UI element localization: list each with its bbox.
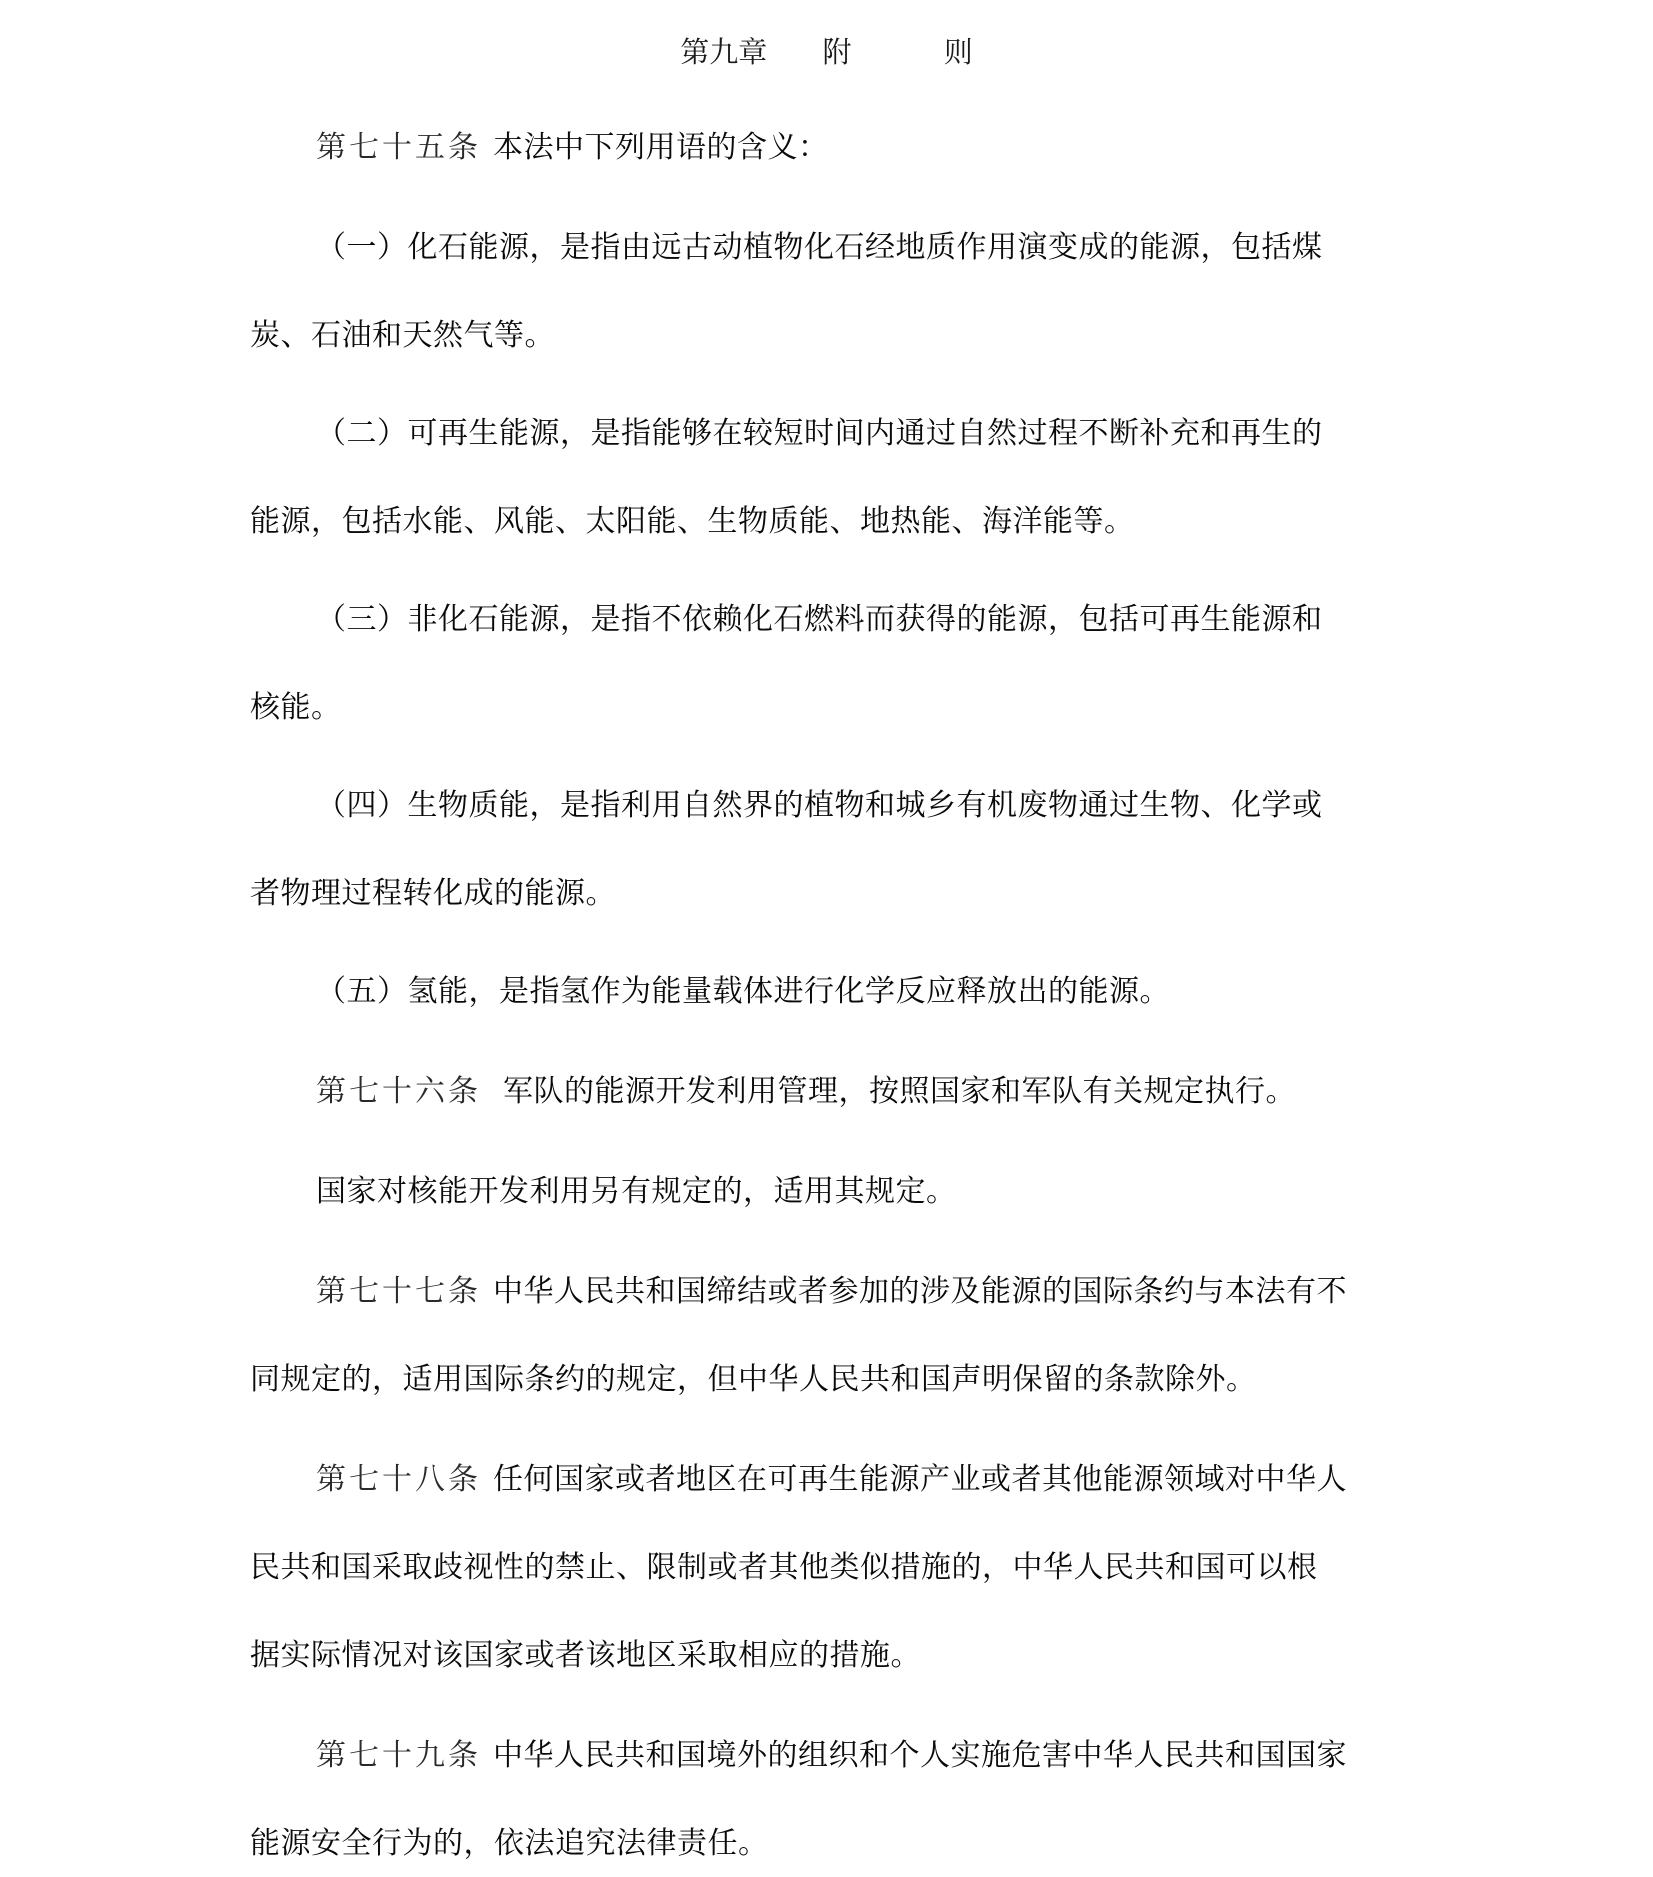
definition-item-1-line-1: （一）化石能源，是指由远古动植物化石经地质作用演变成的能源，包括煤 <box>316 222 1323 266</box>
article-text: 军队的能源开发利用管理，按照国家和军队有关规定执行。 <box>493 1074 1296 1109</box>
article-text: 任何国家或者地区在可再生能源产业或者其他能源领域对中华人 <box>493 1462 1347 1497</box>
article-78-line-1: 第七十八条任何国家或者地区在可再生能源产业或者其他能源领域对中华人 <box>316 1454 1347 1498</box>
definition-item-2-line-2: 能源，包括水能、风能、太阳能、生物质能、地热能、海洋能等。 <box>250 496 1135 540</box>
article-number: 第七十九条 <box>316 1738 481 1773</box>
definition-item-4-line-1: （四）生物质能，是指利用自然界的植物和城乡有机废物通过生物、化学或 <box>316 780 1323 824</box>
definition-item-4-line-2: 者物理过程转化成的能源。 <box>250 868 616 912</box>
article-78-line-2: 民共和国采取歧视性的禁止、限制或者其他类似措施的，中华人民共和国可以根 <box>250 1542 1318 1586</box>
definition-item-2-line-1: （二）可再生能源，是指能够在较短时间内通过自然过程不断补充和再生的 <box>316 408 1323 452</box>
definition-item-5-line-1: （五）氢能，是指氢作为能量载体进行化学反应释放出的能源。 <box>316 966 1170 1010</box>
article-79-line-2: 能源安全行为的，依法追究法律责任。 <box>250 1818 769 1862</box>
article-number: 第七十八条 <box>316 1462 481 1497</box>
article-77-line-2: 同规定的，适用国际条约的规定，但中华人民共和国声明保留的条款除外。 <box>250 1354 1257 1398</box>
definition-item-3-line-1: （三）非化石能源，是指不依赖化石燃料而获得的能源，包括可再生能源和 <box>316 594 1323 638</box>
article-text: 中华人民共和国境外的组织和个人实施危害中华人民共和国国家 <box>493 1738 1347 1773</box>
definition-item-1-line-2: 炭、石油和天然气等。 <box>250 310 555 354</box>
article-78-line-3: 据实际情况对该国家或者该地区采取相应的措施。 <box>250 1630 921 1674</box>
article-number: 第七十六条 <box>316 1074 481 1109</box>
article-text: 本法中下列用语的含义： <box>493 130 829 165</box>
definition-item-3-line-2: 核能。 <box>250 682 342 726</box>
article-77-line-1: 第七十七条中华人民共和国缔结或者参加的涉及能源的国际条约与本法有不 <box>316 1266 1347 1310</box>
article-number: 第七十五条 <box>316 130 481 165</box>
article-76-line-1: 第七十六条 军队的能源开发利用管理，按照国家和军队有关规定执行。 <box>316 1066 1296 1110</box>
article-79-line-1: 第七十九条中华人民共和国境外的组织和个人实施危害中华人民共和国国家 <box>316 1730 1347 1774</box>
article-text: 中华人民共和国缔结或者参加的涉及能源的国际条约与本法有不 <box>493 1274 1347 1309</box>
chapter-title: 第九章 附 则 <box>0 30 1653 71</box>
document-page: 第九章 附 则 第七十五条本法中下列用语的含义： （一）化石能源，是指由远古动植… <box>0 0 1653 1877</box>
article-75-heading: 第七十五条本法中下列用语的含义： <box>316 122 829 166</box>
article-number: 第七十七条 <box>316 1274 481 1309</box>
article-76-paragraph-2: 国家对核能开发利用另有规定的，适用其规定。 <box>316 1166 957 1210</box>
